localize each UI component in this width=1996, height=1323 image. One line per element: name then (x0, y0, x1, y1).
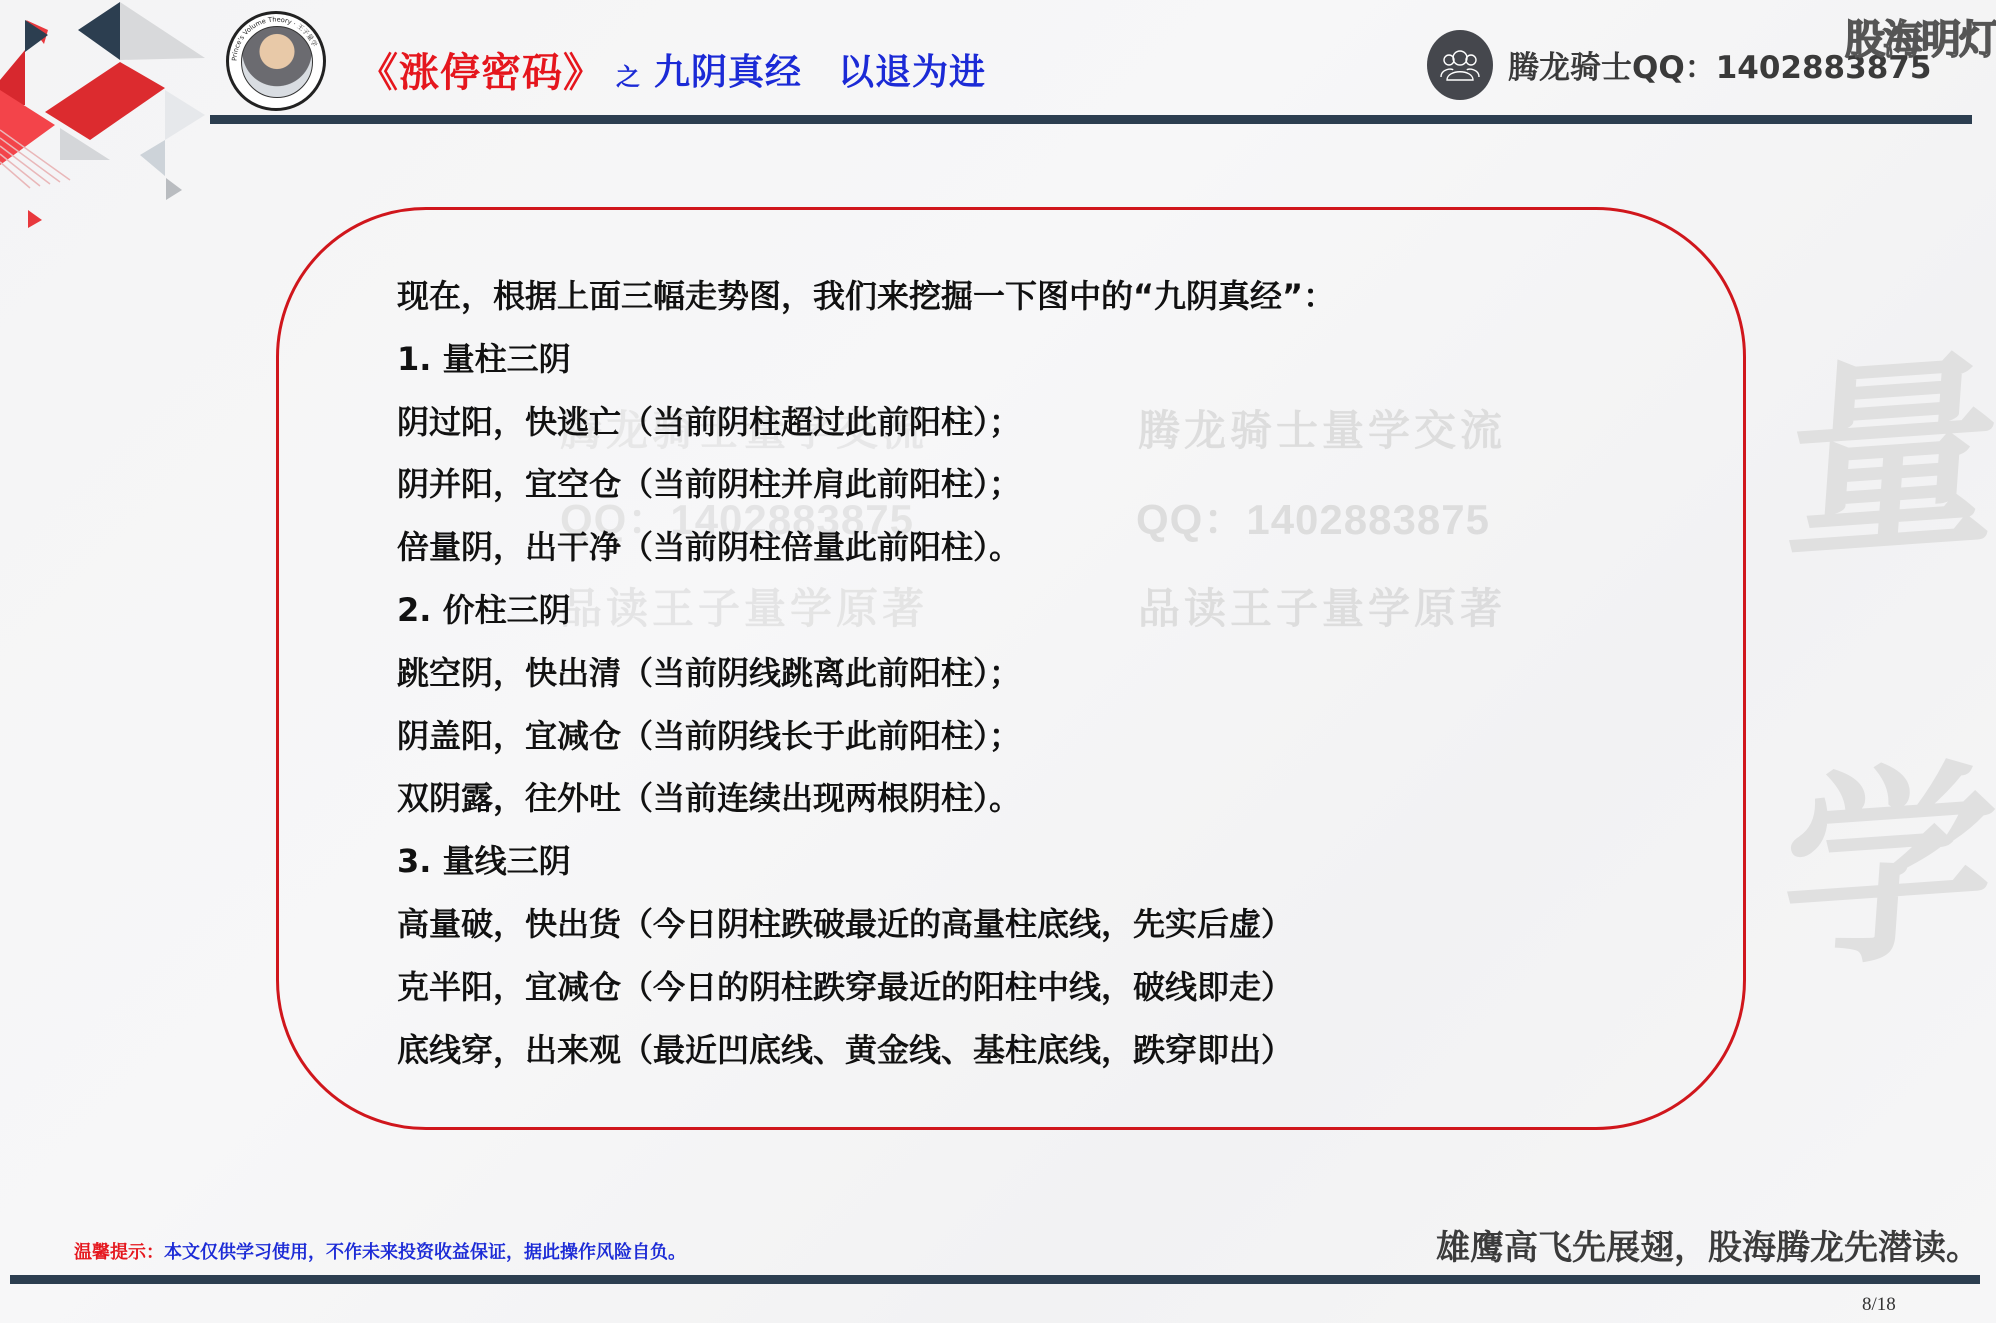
list-item: 阴盖阳，宜减仓（当前阴线长于此前阳柱）； (397, 713, 1335, 776)
list-item: 克半阳，宜减仓（今日的阴柱跌穿最近的阳柱中线，破线即走） (397, 964, 1335, 1027)
list-item: 跳空阴，快出清（当前阴线跳离此前阳柱）； (397, 650, 1335, 713)
list-item: 阴并阳，宜空仓（当前阴柱并肩此前阳柱）； (397, 461, 1335, 524)
section-heading: 2. 价柱三阴 (397, 587, 1335, 650)
disclaimer-label: 温馨提示： (74, 1242, 164, 1263)
header-divider (210, 115, 1972, 124)
disclaimer-text: 本文仅供学习使用，不作未来投资收益保证，据此操作风险自负。 (164, 1242, 686, 1263)
avatar-ring-badge-icon: Prince's Volume Theory · 王子量学 (229, 14, 323, 108)
section-heading: 1. 量柱三阴 (397, 336, 1335, 399)
author-avatar: Prince's Volume Theory · 王子量学 (226, 11, 326, 111)
title-subtitle: 以退为进 (838, 44, 986, 95)
title-book-name: 《涨停密码》 (358, 41, 604, 98)
page-title: 《涨停密码》 之 九阴真经 以退为进 (358, 34, 986, 104)
page-number: 8/18 (1862, 1294, 1896, 1316)
disclaimer: 温馨提示：本文仅供学习使用，不作未来投资收益保证，据此操作风险自负。 (74, 1238, 686, 1264)
calligraphy-xue: 学 (1774, 693, 1996, 1009)
corner-decoration (0, 0, 220, 240)
list-item: 阴过阳，快逃亡（当前阴柱超过此前阳柱）； (397, 399, 1335, 462)
brand-watermark: 股海明灯 (1845, 8, 1996, 65)
title-connector: 之 (616, 57, 640, 92)
section-heading: 3. 量线三阴 (397, 838, 1335, 901)
list-item: 底线穿，出来观（最近凹底线、黄金线、基柱底线，跌穿即出） (397, 1027, 1335, 1090)
list-item: 高量破，快出货（今日阴柱跌破最近的高量柱底线，先实后虚） (397, 901, 1335, 964)
list-item: 倍量阴，出干净（当前阴柱倍量此前阳柱）。 (397, 524, 1335, 587)
footer-divider (10, 1275, 1980, 1284)
title-chapter: 九阴真经 (654, 44, 802, 95)
content-body: 现在，根据上面三幅走势图，我们来挖掘一下图中的“九阴真经”： 1. 量柱三阴 阴… (397, 273, 1335, 1089)
svg-text:Prince's Volume Theory · 王子量学: Prince's Volume Theory · 王子量学 (230, 15, 319, 61)
footer-slogan: 雄鹰高飞先展翅，股海腾龙先潜读。 (1436, 1220, 1980, 1269)
intro-text: 现在，根据上面三幅走势图，我们来挖掘一下图中的“九阴真经”： (397, 273, 1335, 336)
user-group-icon (1427, 30, 1493, 100)
geometric-shapes-icon (0, 0, 220, 240)
calligraphy-liang: 量 (1779, 283, 1996, 599)
list-item: 双阴露，往外吐（当前连续出现两根阴柱）。 (397, 775, 1335, 838)
